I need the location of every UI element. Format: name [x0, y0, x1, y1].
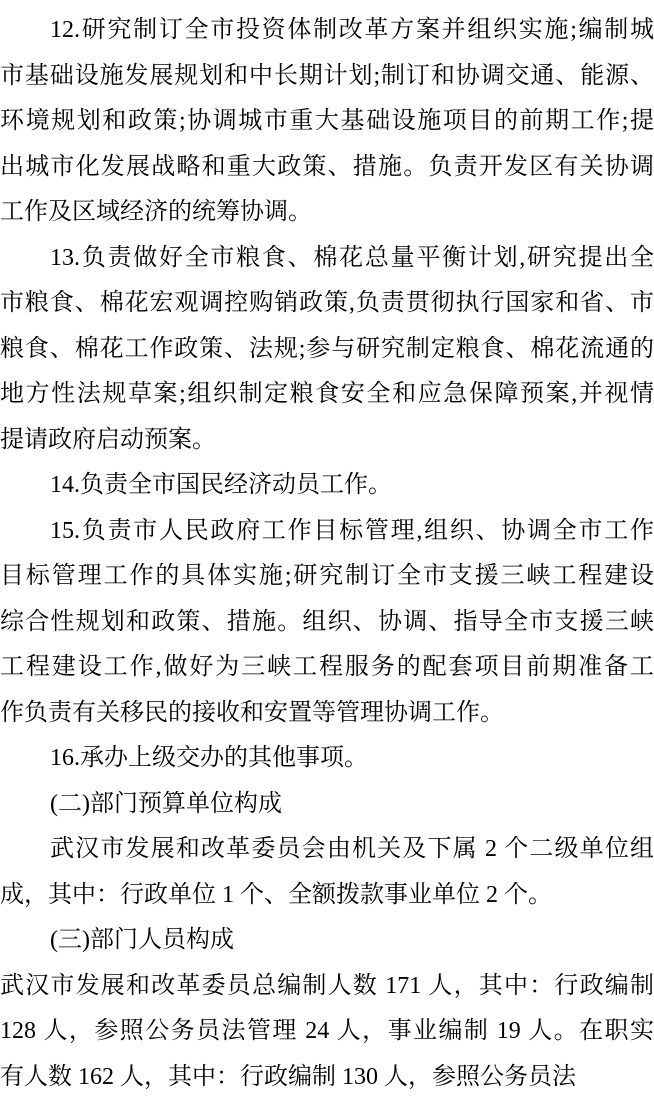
text-line: 有人数 162 人，其中：行政编制 130 人，参照公务员法 [0, 1055, 654, 1101]
paragraph: 15.负责市人民政府工作目标管理,组织、协调全市工作目标管理工作的具体实施;研究… [0, 509, 654, 737]
section-heading-line: (三)部门人员构成 [0, 918, 654, 964]
text-line: 武汉市发展和改革委员会由机关及下属 2 个二级单位组 [0, 827, 654, 873]
text-line: 环境规划和政策;协调城市重大基础设施项目的前期工作;提 [0, 99, 654, 145]
paragraph: 武汉市发展和改革委员总编制人数 171 人，其中：行政编制128 人，参照公务员… [0, 964, 654, 1101]
section-heading: (二)部门预算单位构成 [0, 782, 654, 828]
text-line: 工作及区域经济的统筹协调。 [0, 190, 654, 236]
text-line: 128 人，参照公务员法管理 24 人，事业编制 19 人。在职实 [0, 1009, 654, 1055]
text-line: 成，其中：行政单位 1 个、全额拨款事业单位 2 个。 [0, 873, 654, 919]
paragraph: 武汉市发展和改革委员会由机关及下属 2 个二级单位组成，其中：行政单位 1 个、… [0, 827, 654, 918]
document-page: 12.研究制订全市投资体制改革方案并组织实施;编制城市基础设施发展规划和中长期计… [0, 0, 654, 1106]
text-line: 出城市化发展战略和重大政策、措施。负责开发区有关协调 [0, 145, 654, 191]
text-line: 市粮食、棉花宏观调控购销政策,负责贯彻执行国家和省、市 [0, 281, 654, 327]
text-line: 提请政府启动预案。 [0, 418, 654, 464]
paragraph: 14.负责全市国民经济动员工作。 [0, 463, 654, 509]
text-line: 市基础设施发展规划和中长期计划;制订和协调交通、能源、 [0, 54, 654, 100]
text-line: 14.负责全市国民经济动员工作。 [0, 463, 654, 509]
text-line: 12.研究制订全市投资体制改革方案并组织实施;编制城 [0, 8, 654, 54]
paragraph: 16.承办上级交办的其他事项。 [0, 736, 654, 782]
text-line: 目标管理工作的具体实施;研究制订全市支援三峡工程建设 [0, 554, 654, 600]
text-line: 地方性法规草案;组织制定粮食安全和应急保障预案,并视情 [0, 372, 654, 418]
text-line: 武汉市发展和改革委员总编制人数 171 人，其中：行政编制 [0, 964, 654, 1010]
section-heading: (三)部门人员构成 [0, 918, 654, 964]
section-heading-line: (二)部门预算单位构成 [0, 782, 654, 828]
paragraph: 12.研究制订全市投资体制改革方案并组织实施;编制城市基础设施发展规划和中长期计… [0, 8, 654, 236]
text-line: 15.负责市人民政府工作目标管理,组织、协调全市工作 [0, 509, 654, 555]
text-line: 作负责有关移民的接收和安置等管理协调工作。 [0, 691, 654, 737]
paragraph: 13.负责做好全市粮食、棉花总量平衡计划,研究提出全市粮食、棉花宏观调控购销政策… [0, 236, 654, 464]
text-line: 综合性规划和政策、措施。组织、协调、指导全市支援三峡 [0, 600, 654, 646]
text-line: 工程建设工作,做好为三峡工程服务的配套项目前期准备工 [0, 645, 654, 691]
text-line: 16.承办上级交办的其他事项。 [0, 736, 654, 782]
document-body: 12.研究制订全市投资体制改革方案并组织实施;编制城市基础设施发展规划和中长期计… [0, 8, 654, 1100]
text-line: 粮食、棉花工作政策、法规;参与研究制定粮食、棉花流通的 [0, 327, 654, 373]
text-line: 13.负责做好全市粮食、棉花总量平衡计划,研究提出全 [0, 236, 654, 282]
